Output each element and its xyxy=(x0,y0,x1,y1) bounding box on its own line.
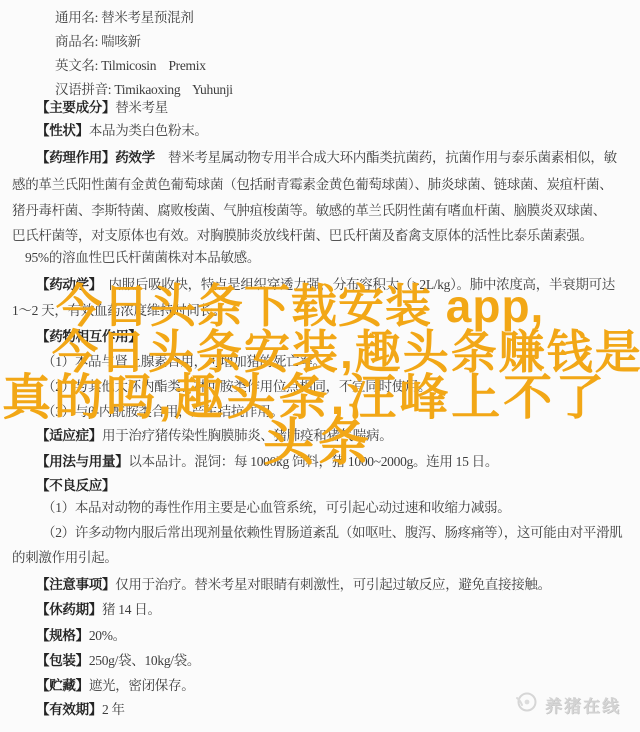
adverse-item-2: （2）许多动物内服后常出现剂量依赖性胃肠道紊乱（如呕吐、腹泻、肠疼痛等），这可能… xyxy=(42,525,623,541)
pharmacology-cont-1: 感的革兰氏阳性菌有金黄色葡萄球菌（包括耐青霉素金黄色葡萄球菌）、肺炎球菌、链球菌… xyxy=(12,177,612,193)
field-label: 【不良反应】 xyxy=(36,478,115,493)
field-label: 【注意事项】 xyxy=(36,577,115,592)
field-value: （1）本品对动物的毒性作用主要是心血管系统，可引起心动过速和收缩力减弱。 xyxy=(42,500,510,515)
watermark: 养猪在线 xyxy=(514,690,621,719)
overlay-line-1: 今日头条下载安装 app, xyxy=(56,283,544,329)
field-withdrawal-period: 【休药期】猪 14 日。 xyxy=(36,602,161,618)
field-value: 猪丹毒杆菌、李斯特菌、腐败梭菌、气肿疽梭菌等。敏感的革兰氏阴性菌有嗜血杆菌、脑膜… xyxy=(12,203,606,218)
field-adverse-reactions: 【不良反应】 xyxy=(36,478,115,494)
field-value: 商品名: 喘咳新 xyxy=(55,34,141,49)
field-value: 250g/袋、10kg/袋。 xyxy=(89,653,200,668)
field-expiry: 【有效期】2 年 xyxy=(36,702,125,718)
field-value: 巴氏杆菌等，对支原体也有效。对胸膜肺炎放线杆菌、巴氏杆菌及畜禽支原体的活性比泰乐… xyxy=(12,228,593,243)
field-characters: 【性状】本品为类白色粉末。 xyxy=(36,123,208,139)
field-label: 【贮藏】 xyxy=(36,678,89,693)
field-main-ingredient: 【主要成分】替米考星 xyxy=(36,100,168,116)
field-pinyin-name: 汉语拼音: Timikaoxing Yuhunji xyxy=(55,82,233,98)
field-label: 【包装】 xyxy=(36,653,89,668)
overlay-line-4: 头条 xyxy=(263,417,373,468)
field-value: 替米考星 xyxy=(115,100,168,115)
pig-site-logo-icon xyxy=(514,690,538,719)
field-label: 【用法与用量】 xyxy=(36,454,128,469)
field-pharmacology: 【药理作用】药效学 替米考星属动物专用半合成大环内酯类抗菌药，抗菌作用与泰乐菌素… xyxy=(36,150,617,166)
field-value: 20%。 xyxy=(89,628,126,643)
field-value: 本品为类白色粉末。 xyxy=(89,123,208,138)
field-precautions: 【注意事项】仅用于治疗。替米考星对眼睛有刺激性，可引起过敏反应，避免直接接触。 xyxy=(36,577,551,593)
drug-instruction-page: 通用名: 替米考星预混剂 商品名: 喘咳新 英文名: Tilmicosin Pr… xyxy=(0,0,640,732)
field-value: 猪 14 日。 xyxy=(102,602,161,617)
field-generic-name: 通用名: 替米考星预混剂 xyxy=(55,10,194,26)
field-english-name: 英文名: Tilmicosin Premix xyxy=(55,58,206,74)
overlay-line-2: 今日头条安装,趣头条赚钱是 xyxy=(52,329,640,375)
field-specification: 【规格】20%。 xyxy=(36,628,126,644)
field-trade-name: 商品名: 喘咳新 xyxy=(55,34,141,50)
field-value: 汉语拼音: Timikaoxing Yuhunji xyxy=(55,82,233,97)
field-value: 的刺激作用引起。 xyxy=(12,550,118,565)
field-value: 95%的溶血性巴氏杆菌菌株对本品敏感。 xyxy=(25,250,260,265)
field-value: 2 年 xyxy=(102,702,125,717)
field-label: 【性状】 xyxy=(36,123,89,138)
field-value: 遮光，密闭保存。 xyxy=(89,678,195,693)
field-label: 【休药期】 xyxy=(36,602,102,617)
field-value: 英文名: Tilmicosin Premix xyxy=(55,58,206,73)
field-storage: 【贮藏】遮光，密闭保存。 xyxy=(36,678,194,694)
field-label: 【规格】 xyxy=(36,628,89,643)
field-label: 【有效期】 xyxy=(36,702,102,717)
adverse-item-2-cont: 的刺激作用引起。 xyxy=(12,550,118,566)
field-value: （2）许多动物内服后常出现剂量依赖性胃肠道紊乱（如呕吐、腹泻、肠疼痛等），这可能… xyxy=(42,525,623,540)
field-value: 感的革兰氏阳性菌有金黄色葡萄球菌（包括耐青霉素金黄色葡萄球菌）、肺炎球菌、链球菌… xyxy=(12,177,612,192)
field-packaging: 【包装】250g/袋、10kg/袋。 xyxy=(36,653,200,669)
pharmacology-cont-4: 95%的溶血性巴氏杆菌菌株对本品敏感。 xyxy=(25,250,260,266)
pharmacology-cont-3: 巴氏杆菌等，对支原体也有效。对胸膜肺炎放线杆菌、巴氏杆菌及畜禽支原体的活性比泰乐… xyxy=(12,228,593,244)
adverse-item-1: （1）本品对动物的毒性作用主要是心血管系统，可引起心动过速和收缩力减弱。 xyxy=(42,500,510,516)
field-label: 【主要成分】 xyxy=(36,100,115,115)
field-value: 通用名: 替米考星预混剂 xyxy=(55,10,194,25)
field-value: 替米考星属动物专用半合成大环内酯类抗菌药，抗菌作用与泰乐菌素相似，敏 xyxy=(155,150,617,165)
pharmacology-cont-2: 猪丹毒杆菌、李斯特菌、腐败梭菌、气肿疽梭菌等。敏感的革兰氏阴性菌有嗜血杆菌、脑膜… xyxy=(12,203,606,219)
field-value: 仅用于治疗。替米考星对眼睛有刺激性，可引起过敏反应，避免直接接触。 xyxy=(115,577,551,592)
field-label: 【药理作用】药效学 xyxy=(36,150,155,165)
field-label: 【适应症】 xyxy=(36,428,102,443)
watermark-text: 养猪在线 xyxy=(545,692,621,717)
